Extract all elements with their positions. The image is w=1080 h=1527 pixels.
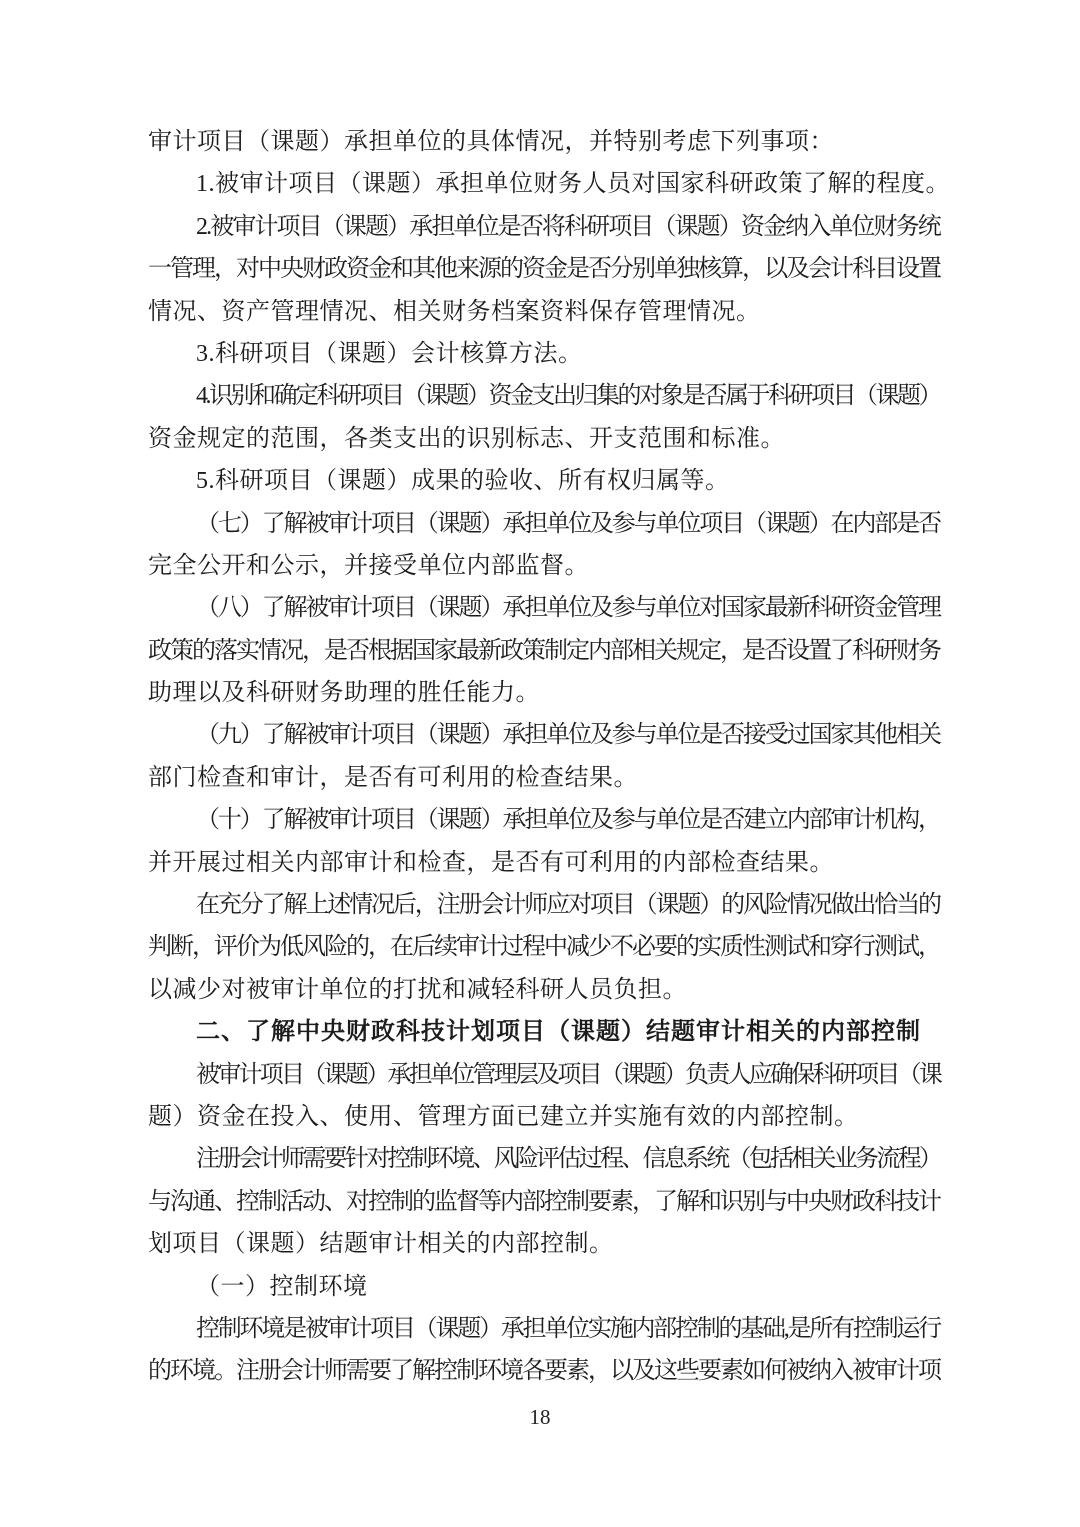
text-line: 情况、资产管理情况、相关财务档案资料保存管理情况。 xyxy=(148,291,940,333)
text-line: 政策的落实情况，是否根据国家最新政策制定内部相关规定，是否设置了科研财务 xyxy=(148,630,940,672)
text-line: （一）控制环境 xyxy=(148,1266,940,1308)
text-line: 并开展过相关内部审计和检查，是否有可利用的内部检查结果。 xyxy=(148,842,940,884)
text-line: 1.被审计项目（课题）承担单位财务人员对国家科研政策了解的程度。 xyxy=(148,163,940,205)
text-line: 审计项目（课题）承担单位的具体情况，并特别考虑下列事项： xyxy=(148,121,940,163)
text-line: 判断，评价为低风险的，在后续审计过程中减少不必要的实质性测试和穿行测试， xyxy=(148,926,940,968)
text-line: 资金规定的范围，各类支出的识别标志、开支范围和标准。 xyxy=(148,418,940,460)
text-line: 在充分了解上述情况后，注册会计师应对项目（课题）的风险情况做出恰当的 xyxy=(148,884,940,926)
text-line: 被审计项目（课题）承担单位管理层及项目（课题）负责人应确保科研项目（课 xyxy=(148,1054,940,1096)
text-line: 一管理，对中央财政资金和其他来源的资金是否分别单独核算，以及会计科目设置 xyxy=(148,248,940,290)
text-line: 题）资金在投入、使用、管理方面已建立并实施有效的内部控制。 xyxy=(148,1096,940,1138)
page-number: 18 xyxy=(0,1402,1080,1432)
document-page: 审计项目（课题）承担单位的具体情况，并特别考虑下列事项：1.被审计项目（课题）承… xyxy=(0,0,1080,1527)
text-line: 与沟通、控制活动、对控制的监督等内部控制要素，了解和识别与中央财政科技计 xyxy=(148,1181,940,1223)
text-line: 注册会计师需要针对控制环境、风险评估过程、信息系统（包括相关业务流程） xyxy=(148,1138,940,1180)
text-line: 部门检查和审计，是否有可利用的检查结果。 xyxy=(148,757,940,799)
text-line: 控制环境是被审计项目（课题）承担单位实施内部控制的基础,是所有控制运行 xyxy=(148,1308,940,1350)
text-line: （八）了解被审计项目（课题）承担单位及参与单位对国家最新科研资金管理 xyxy=(148,587,940,629)
text-line: 5.科研项目（课题）成果的验收、所有权归属等。 xyxy=(148,460,940,502)
text-line: （九）了解被审计项目（课题）承担单位及参与单位是否接受过国家其他相关 xyxy=(148,714,940,756)
text-line: 2.被审计项目（课题）承担单位是否将科研项目（课题）资金纳入单位财务统 xyxy=(148,206,940,248)
text-line: 划项目（课题）结题审计相关的内部控制。 xyxy=(148,1223,940,1265)
text-line: 助理以及科研财务助理的胜任能力。 xyxy=(148,672,940,714)
text-line: 4.识别和确定科研项目（课题）资金支出归集的对象是否属于科研项目（课题） xyxy=(148,375,940,417)
text-line: 3.科研项目（课题）会计核算方法。 xyxy=(148,333,940,375)
text-line: 以减少对被审计单位的打扰和减轻科研人员负担。 xyxy=(148,969,940,1011)
text-block: 审计项目（课题）承担单位的具体情况，并特别考虑下列事项：1.被审计项目（课题）承… xyxy=(148,121,940,1393)
text-line: 二、了解中央财政科技计划项目（课题）结题审计相关的内部控制 xyxy=(148,1011,940,1053)
text-line: （十）了解被审计项目（课题）承担单位及参与单位是否建立内部审计机构， xyxy=(148,799,940,841)
text-line: （七）了解被审计项目（课题）承担单位及参与单位项目（课题）在内部是否 xyxy=(148,503,940,545)
text-line: 完全公开和公示，并接受单位内部监督。 xyxy=(148,545,940,587)
text-line: 的环境。注册会计师需要了解控制环境各要素，以及这些要素如何被纳入被审计项 xyxy=(148,1350,940,1392)
